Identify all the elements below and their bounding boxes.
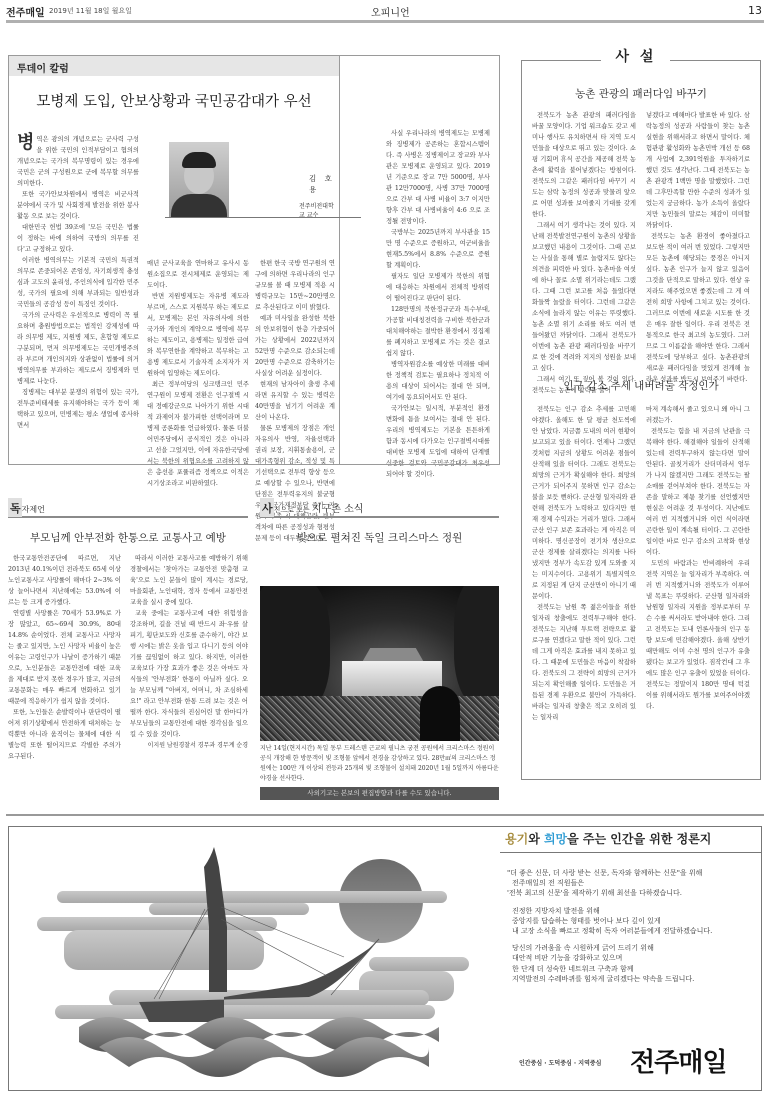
christmas-garden-photo (260, 586, 499, 741)
section-divider (6, 814, 764, 816)
today-col-2: 매년 군사교육을 연마하고 유사시 동원소집으로 전시체제로 운영되는 제도이다… (147, 258, 249, 489)
drop-cap: 병 (17, 134, 34, 152)
reader-byline: 이지원 남원경찰서 경무과 경무계 순경 (130, 740, 248, 751)
pledge-block-1: "더 좋은 신문, 더 사랑 받는 신문, 독자와 함께하는 신문"을 위해 전… (507, 868, 712, 899)
author-photo (169, 142, 229, 217)
editorial-box: 농촌 관광의 패러다임 바꾸기 전북도가 농촌 관광의 패러다임을 바꿀 모양이… (521, 60, 761, 780)
today-column-title: 모병제 도입, 안보상황과 국민공감대가 우선 (9, 90, 339, 111)
photo-caption: 지난 14일(현지시간) 독일 동부 드레스덴 근교의 필니츠 궁전 공원에서 … (260, 744, 499, 784)
editorial-2-col-2: 마저 계속해서 줄고 있으니 왜 아니 그러겠는가. 전북도는 힘을 내 지금의… (646, 404, 750, 712)
editorial-title-1: 농촌 관광의 패러다임 바꾸기 (522, 86, 760, 101)
advert-divider (500, 852, 762, 853)
masthead: 전주매일 2019년 11월 18일 월요일 오피니언 13 (6, 4, 764, 20)
issue-date: 2019년 11월 18일 월요일 (49, 6, 132, 16)
disclaimer-bar: 사외기고는 본보의 편집방향과 다를 수도 있습니다. (260, 787, 499, 800)
advert-logo[interactable]: 전주매일 (630, 1042, 726, 1079)
today-column-header: 투데이 칼럼 (9, 56, 339, 76)
editorial-2-col-1: 전북도는 인구 감소 추세를 고민해야겠다. 올해도 한 달 평균 천도씩에 안… (532, 404, 636, 723)
reader-proposal-header: 독자제언 (8, 498, 248, 518)
editorial-1-col-2: 넣겠다고 매해마다 발표한 바 있다. 삼락농정의 성공과 사람들이 찾는 농촌… (646, 110, 750, 385)
world-news-title: 빛으로 펼쳐진 독일 크리스마스 정원 (260, 530, 499, 545)
world-news-header: 사진으로 보는 지구촌 소식 (260, 498, 499, 518)
reader-col-1: 한국교통안전공단에 따르면, 지난 2013년 40.1%이던 전라북도 65세… (8, 553, 121, 762)
page-number: 13 (748, 4, 762, 17)
today-col-4: 사실 우리나라의 병역제도는 모병제와 징병제가 공존하는 혼합시스템이다. 즉… (386, 128, 490, 480)
ship-illustration-icon (9, 827, 499, 1091)
author-name: 김 호 용 (309, 173, 339, 195)
today-column: 투데이 칼럼 모병제 도입, 안보상황과 국민공감대가 우선 병역은 광의의 개… (8, 55, 340, 465)
pledge-block-2: 진정한 지방자치 발전을 위해 중앙지를 답습하는 형태를 벗어나 보다 깊이 … (507, 906, 712, 937)
masthead-logo[interactable]: 전주매일 (6, 4, 45, 19)
advert-slogan: 용기와 희망을 주는 인간을 위한 정론지 (505, 830, 711, 847)
byline-rule (165, 217, 361, 218)
reader-col-2: 따라서 이러한 교통사고를 예방하기 위해 경찰에서는 '찾아가는 교통안전 맞… (130, 553, 248, 751)
section-title: 오피니언 (371, 4, 411, 19)
advert-tagline: 인간중심 · 도덕중심 · 지역중심 (519, 1058, 601, 1067)
advert-pledge-text: "더 좋은 신문, 더 사랑 받는 신문, 독자와 함께하는 신문"을 위해 전… (507, 868, 712, 991)
reader-proposal-title: 부모님께 안부전화 한통으로 교통사고 예방 (8, 530, 248, 545)
editorial-title-2: 인구 감소 추세 내버려둘 작정인가 (522, 378, 760, 393)
today-col-1: 병역은 광의의 개념으로는 군사력 구성을 위한 국민의 인적부담이고 협의의 … (17, 134, 139, 431)
editorial-1-col-1: 전북도가 농촌 관광의 패러다임을 바꿀 모양이다. 기업 워크숍도 갖고 세미… (532, 110, 636, 396)
masthead-rule (6, 20, 764, 23)
pledge-block-3: 당신의 가려움을 속 시원하게 긁어 드리기 위해 대안적 비판 기능을 강화하… (507, 943, 712, 984)
